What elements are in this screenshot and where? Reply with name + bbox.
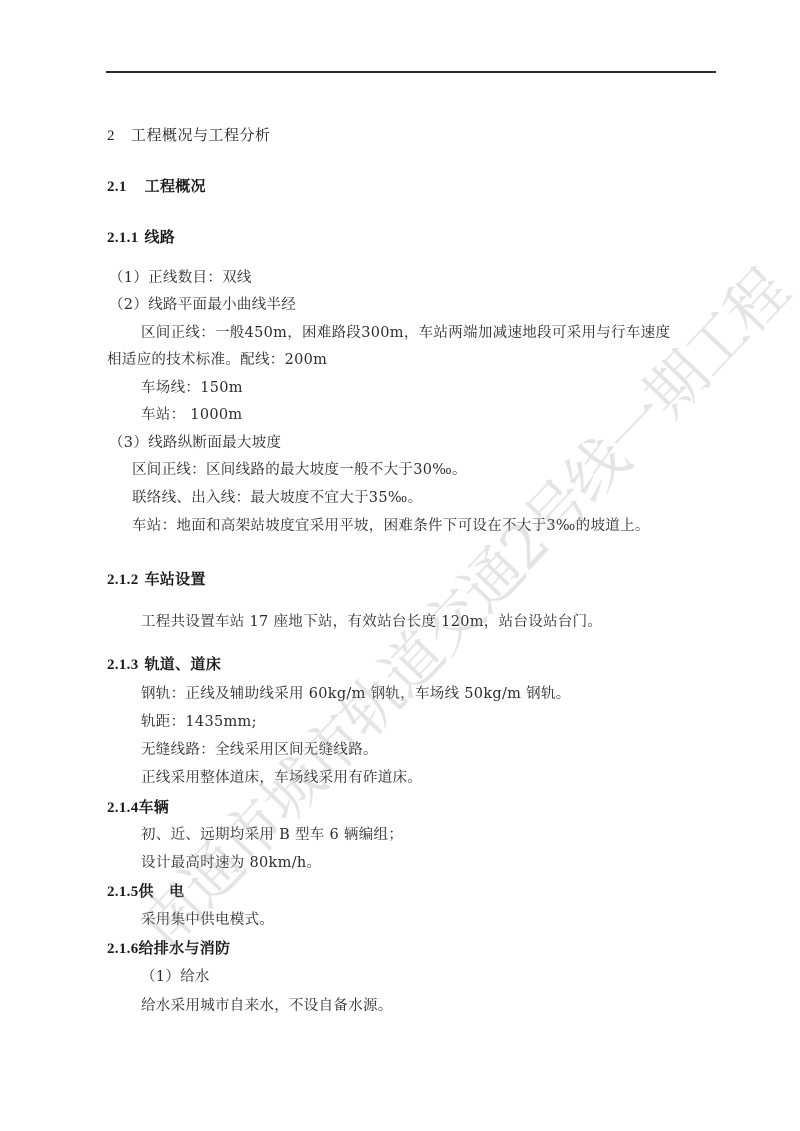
paragraph-line: 区间正线：区间线路的最大坡度一般不大于30‰。 [132, 460, 467, 480]
paragraph-line: 正线采用整体道床，车场线采用有砟道床。 [141, 768, 422, 788]
chapter-number: 2 [107, 128, 115, 144]
paragraph-line: 钢轨：正线及辅助线采用 60kg/m 钢轨，车场线 50kg/m 钢轨。 [141, 684, 571, 704]
paragraph-line: 车站： 1000m [141, 405, 242, 425]
subsection-title: 车站设置 [145, 570, 206, 588]
subsection-title: 线路 [145, 228, 176, 246]
subsection-number: 2.1.2 [107, 572, 139, 588]
paragraph-line: 工程共设置车站 17 座地下站，有效站台长度 120m，站台设站台门。 [141, 612, 602, 632]
paragraph-line: 采用集中供电模式。 [141, 910, 274, 930]
paragraph-line: 初、近、远期均采用 B 型车 6 辆编组； [141, 825, 403, 845]
subsection-heading-vehicles: 2.1.4车辆 [107, 797, 169, 818]
paragraph-line: （2）线路平面最小曲线半经 [109, 295, 296, 315]
paragraph-line: 轨距：1435mm; [141, 712, 257, 732]
subsection-heading-route: 2.1.1线路 [107, 227, 175, 248]
chapter-heading: 2工程概况与工程分析 [107, 125, 271, 146]
subsection-number: 2.1.4 [107, 800, 139, 816]
subsection-title: 车辆 [139, 798, 170, 816]
subsection-title: 给排水与消防 [139, 939, 231, 957]
section-number: 2.1 [107, 179, 127, 195]
subsection-number: 2.1.1 [107, 230, 139, 246]
subsection-title: 轨道、道床 [145, 655, 222, 673]
subsection-heading-power: 2.1.5供 电 [107, 881, 184, 902]
header-rule [106, 71, 716, 73]
subsection-number: 2.1.6 [107, 941, 139, 957]
paragraph-line: 无缝线路：全线采用区间无缝线路。 [141, 740, 378, 760]
subsection-number: 2.1.5 [107, 884, 139, 900]
subsection-heading-stations: 2.1.2车站设置 [107, 569, 206, 590]
paragraph-line: 车站：地面和高架站坡度宜采用平坡，困难条件下可设在不大于3‰的坡道上。 [132, 516, 650, 536]
paragraph-line: 区间正线：一般450m，困难路段300m，车站两端加减速地段可采用与行车速度 [141, 323, 670, 343]
chapter-title: 工程概况与工程分析 [131, 126, 271, 144]
subsection-title: 供 电 [139, 882, 185, 900]
paragraph-line: （1）给水 [141, 967, 210, 987]
paragraph-line: 给水采用城市自来水，不设自备水源。 [141, 996, 393, 1016]
paragraph-line: 设计最高时速为 80km/h。 [141, 853, 321, 873]
subsection-heading-track: 2.1.3轨道、道床 [107, 654, 221, 675]
paragraph-line: （3）线路纵断面最大坡度 [109, 433, 281, 453]
paragraph-line: 车场线：150m [141, 378, 243, 398]
paragraph-line: 联络线、出入线：最大坡度不宜大于35‰。 [132, 488, 422, 508]
section-title: 工程概况 [145, 177, 206, 195]
paragraph-line: （1）正线数目：双线 [109, 268, 252, 288]
subsection-heading-water: 2.1.6给排水与消防 [107, 938, 230, 959]
paragraph-line: 相适应的技术标准。配线：200m [107, 350, 327, 370]
section-heading: 2.1工程概况 [107, 176, 206, 197]
subsection-number: 2.1.3 [107, 657, 139, 673]
